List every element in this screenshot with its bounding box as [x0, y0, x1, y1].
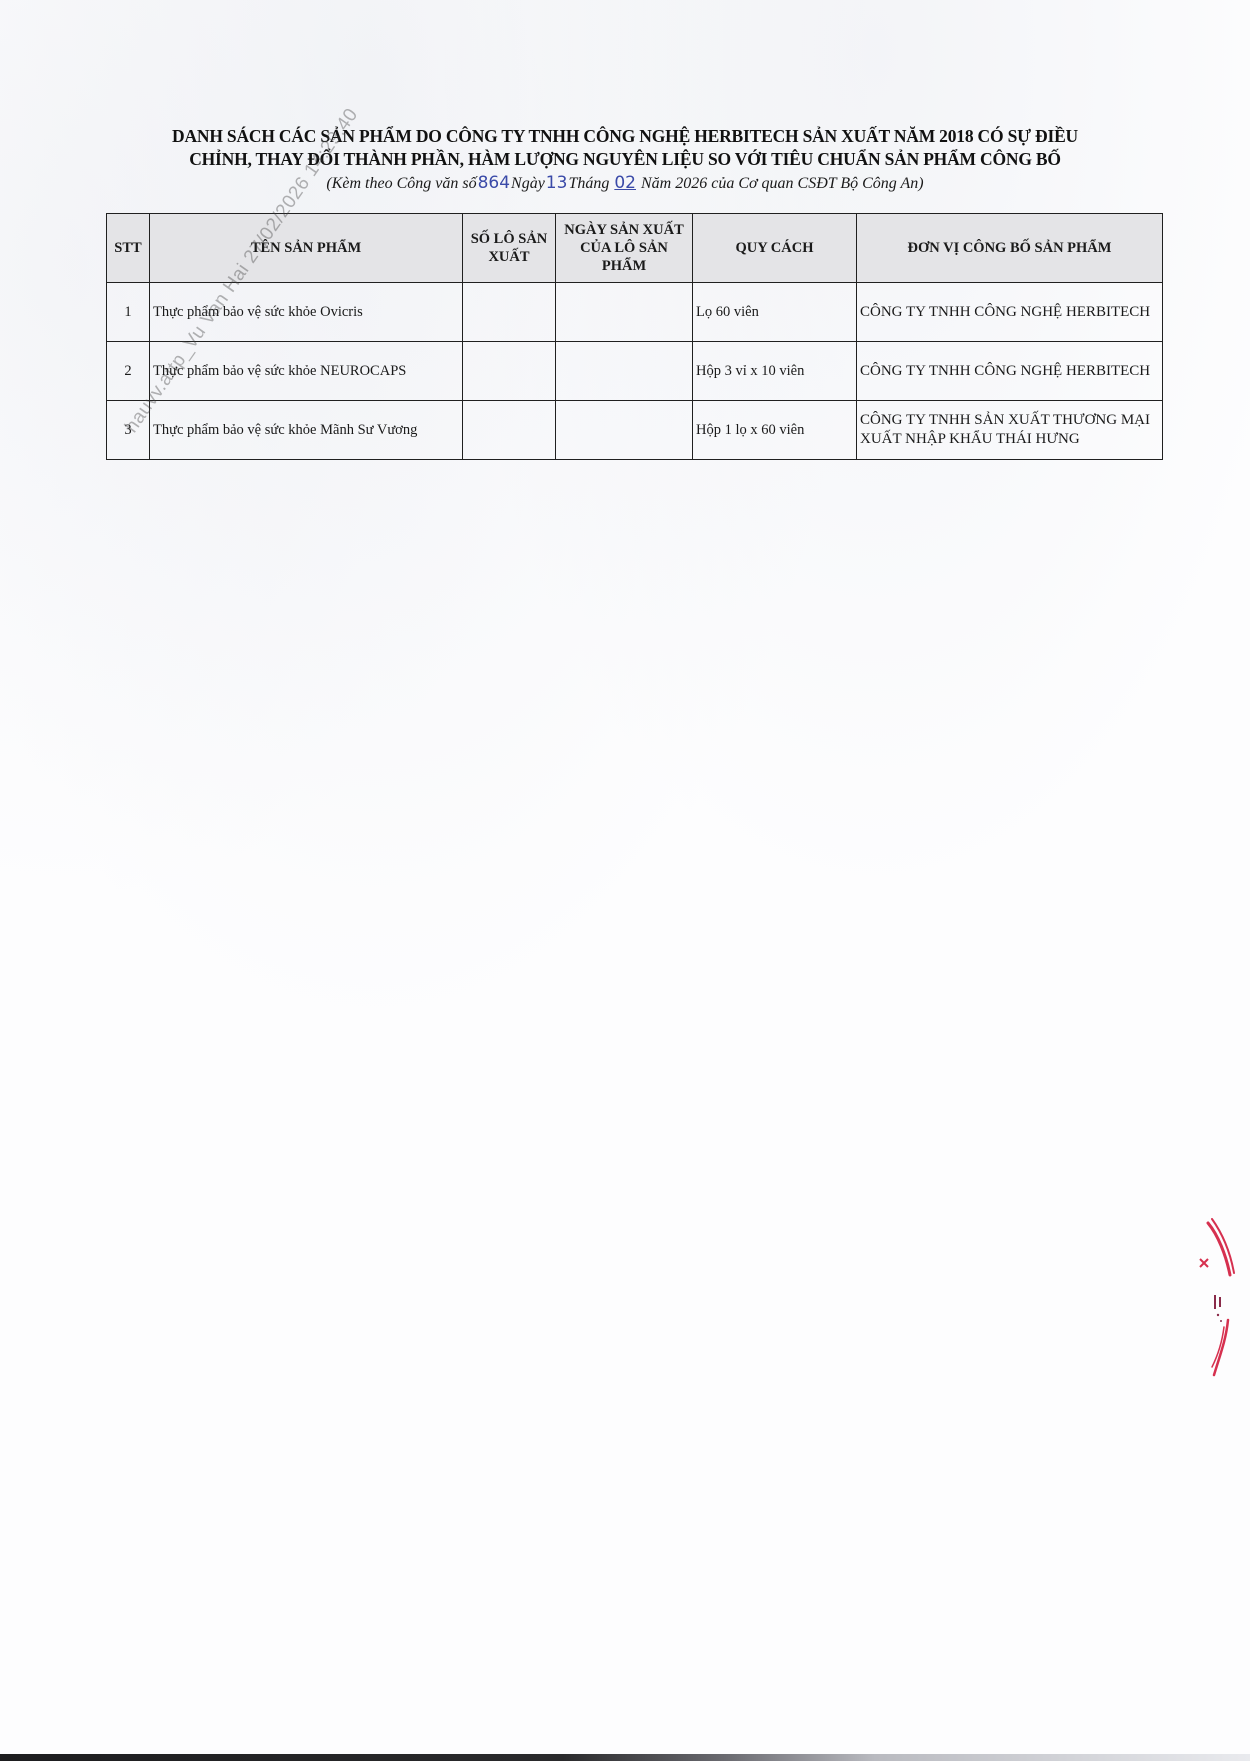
document-title-line-1: DANH SÁCH CÁC SẢN PHẨM DO CÔNG TY TNHH C… [100, 126, 1150, 147]
cell-declaring-unit: CÔNG TY TNHH SẢN XUẤT THƯƠNG MẠI XUẤT NH… [857, 401, 1163, 460]
table-row: 3 Thực phẩm bảo vệ sức khỏe Mãnh Sư Vươn… [107, 401, 1163, 460]
document-title-line-2: CHỈNH, THAY ĐỔI THÀNH PHẦN, HÀM LƯỢNG NG… [100, 149, 1150, 170]
cell-stt: 1 [107, 283, 150, 342]
cell-packaging: Hộp 1 lọ x 60 viên [693, 401, 857, 460]
cell-product-name: Thực phẩm bảo vệ sức khỏe Mãnh Sư Vương [150, 401, 463, 460]
header-packaging: QUY CÁCH [693, 214, 857, 283]
cell-product-name: Thực phẩm bảo vệ sức khỏe Ovicris [150, 283, 463, 342]
cell-packaging: Lọ 60 viên [693, 283, 857, 342]
cell-production-date [556, 342, 693, 401]
cell-declaring-unit: CÔNG TY TNHH CÔNG NGHỆ HERBITECH [857, 342, 1163, 401]
header-lot-number: SỐ LÔ SẢN XUẤT [463, 214, 556, 283]
cell-stt: 2 [107, 342, 150, 401]
cell-production-date [556, 283, 693, 342]
cell-declaring-unit: CÔNG TY TNHH CÔNG NGHỆ HERBITECH [857, 283, 1163, 342]
red-seal-stamp-icon [1198, 1215, 1238, 1385]
product-table: STT TÊN SẢN PHẨM SỐ LÔ SẢN XUẤT NGÀY SẢN… [106, 213, 1163, 460]
cell-lot-number [463, 342, 556, 401]
header-declaring-unit: ĐƠN VỊ CÔNG BỐ SẢN PHẨM [857, 214, 1163, 283]
table-header-row: STT TÊN SẢN PHẨM SỐ LÔ SẢN XUẤT NGÀY SẢN… [107, 214, 1163, 283]
cell-product-name: Thực phẩm bảo vệ sức khỏe NEUROCAPS [150, 342, 463, 401]
table-row: 1 Thực phẩm bảo vệ sức khỏe Ovicris Lọ 6… [107, 283, 1163, 342]
subtitle-month-label: Tháng [568, 175, 609, 192]
handwritten-doc-number: 864 [477, 173, 511, 193]
document-subtitle: (Kèm theo Công văn số864Ngày13Tháng 02 N… [100, 173, 1150, 193]
scan-bottom-edge [0, 1754, 1250, 1761]
cell-stt: 3 [107, 401, 150, 460]
subtitle-prefix: (Kèm theo Công văn số [326, 175, 476, 192]
subtitle-day-label: Ngày [511, 175, 545, 192]
subtitle-suffix: Năm 2026 của Cơ quan CSĐT Bộ Công An) [641, 175, 924, 192]
header-production-date: NGÀY SẢN XUẤT CỦA LÔ SẢN PHẨM [556, 214, 693, 283]
cell-lot-number [463, 401, 556, 460]
table-row: 2 Thực phẩm bảo vệ sức khỏe NEUROCAPS Hộ… [107, 342, 1163, 401]
handwritten-month: 02 [613, 173, 637, 193]
header-stt: STT [107, 214, 150, 283]
handwritten-day: 13 [545, 173, 569, 193]
cell-production-date [556, 401, 693, 460]
header-product-name: TÊN SẢN PHẨM [150, 214, 463, 283]
cell-packaging: Hộp 3 vỉ x 10 viên [693, 342, 857, 401]
cell-lot-number [463, 283, 556, 342]
